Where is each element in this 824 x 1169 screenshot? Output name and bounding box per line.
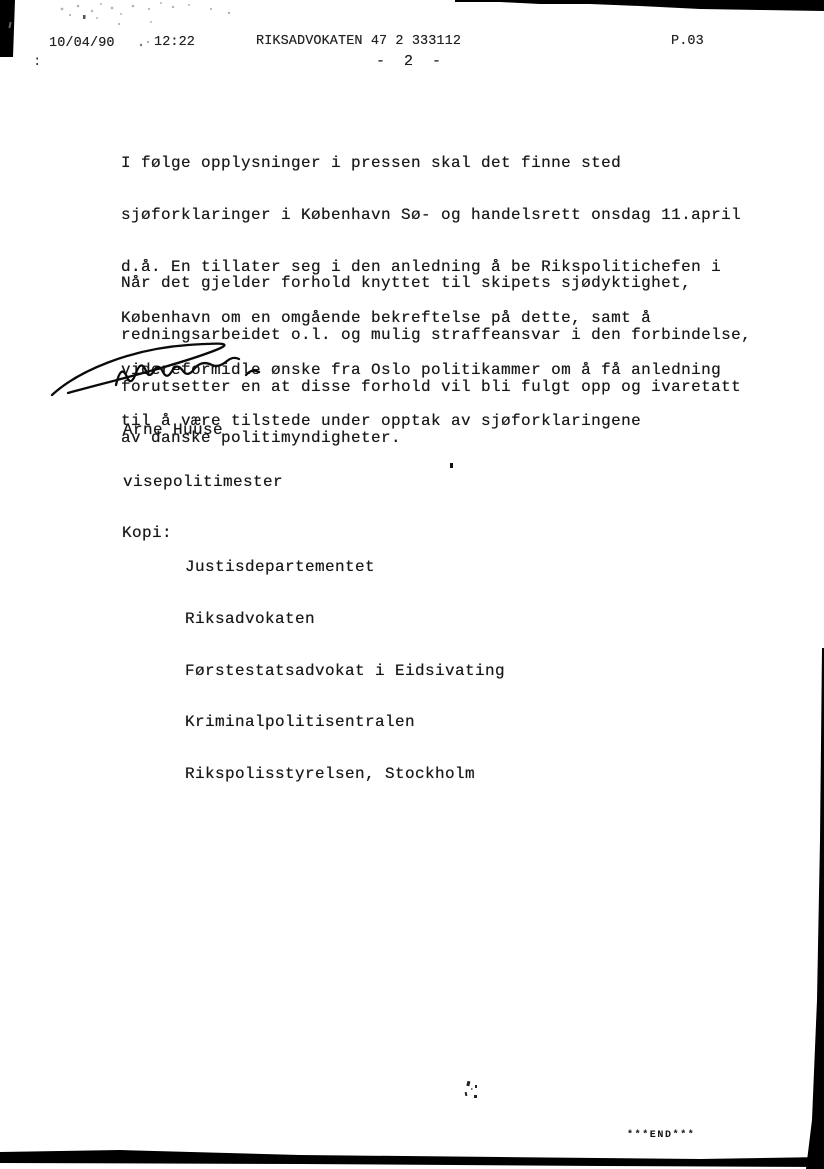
stray-apostrophe-mark — [8, 22, 11, 28]
scanned-fax-page: 10/04/90 12:22 RIKSADVOKATEN 47 2 333112… — [0, 0, 824, 1169]
fax-station-id: RIKSADVOKATEN 47 2 333112 — [256, 34, 461, 49]
copy-recipient: Riksadvokaten — [185, 611, 505, 628]
scan-artifact-left-bar — [0, 0, 15, 57]
paragraph-1-line: sjøforklaringer i København Sø- og hande… — [121, 207, 741, 224]
copy-recipient: Førstestatsadvokat i Eidsivating — [185, 663, 505, 680]
signature-block: Arne Huuse visepolitimester — [123, 388, 283, 526]
scan-artifact-right-strip — [806, 648, 824, 1169]
copy-recipient: Rikspolisstyrelsen, Stockholm — [185, 766, 505, 783]
scan-dot — [147, 41, 149, 43]
scan-artifact-bottom-band — [0, 1150, 824, 1167]
scan-dot — [140, 44, 142, 46]
copies-list: Justisdepartementet Riksadvokaten Første… — [185, 525, 505, 817]
page-number: - 2 - — [376, 53, 446, 70]
copy-recipient: Justisdepartementet — [185, 559, 505, 576]
scan-smudge-dark-dot — [83, 15, 86, 19]
paragraph-2-line: Når det gjelder forhold knyttet til skip… — [121, 275, 751, 292]
scan-smudge-bottom — [465, 1081, 477, 1098]
signer-title: visepolitimester — [123, 474, 283, 491]
scan-smudge-speckles — [61, 2, 231, 25]
fax-end-marker: ***END*** — [627, 1130, 695, 1141]
copy-recipient: Kriminalpolitisentralen — [185, 714, 505, 731]
signer-name: Arne Huuse — [123, 422, 283, 439]
paragraph-1-line: I følge opplysninger i pressen skal det … — [121, 155, 741, 172]
copies-label: Kopi: — [122, 525, 172, 542]
stray-colon-mark: : — [33, 54, 41, 70]
fax-time: 12:22 — [154, 35, 195, 50]
fax-page-code: P.03 — [671, 34, 704, 49]
scan-artifact-top-wedge — [455, 0, 824, 11]
fax-date: 10/04/90 — [49, 36, 115, 51]
